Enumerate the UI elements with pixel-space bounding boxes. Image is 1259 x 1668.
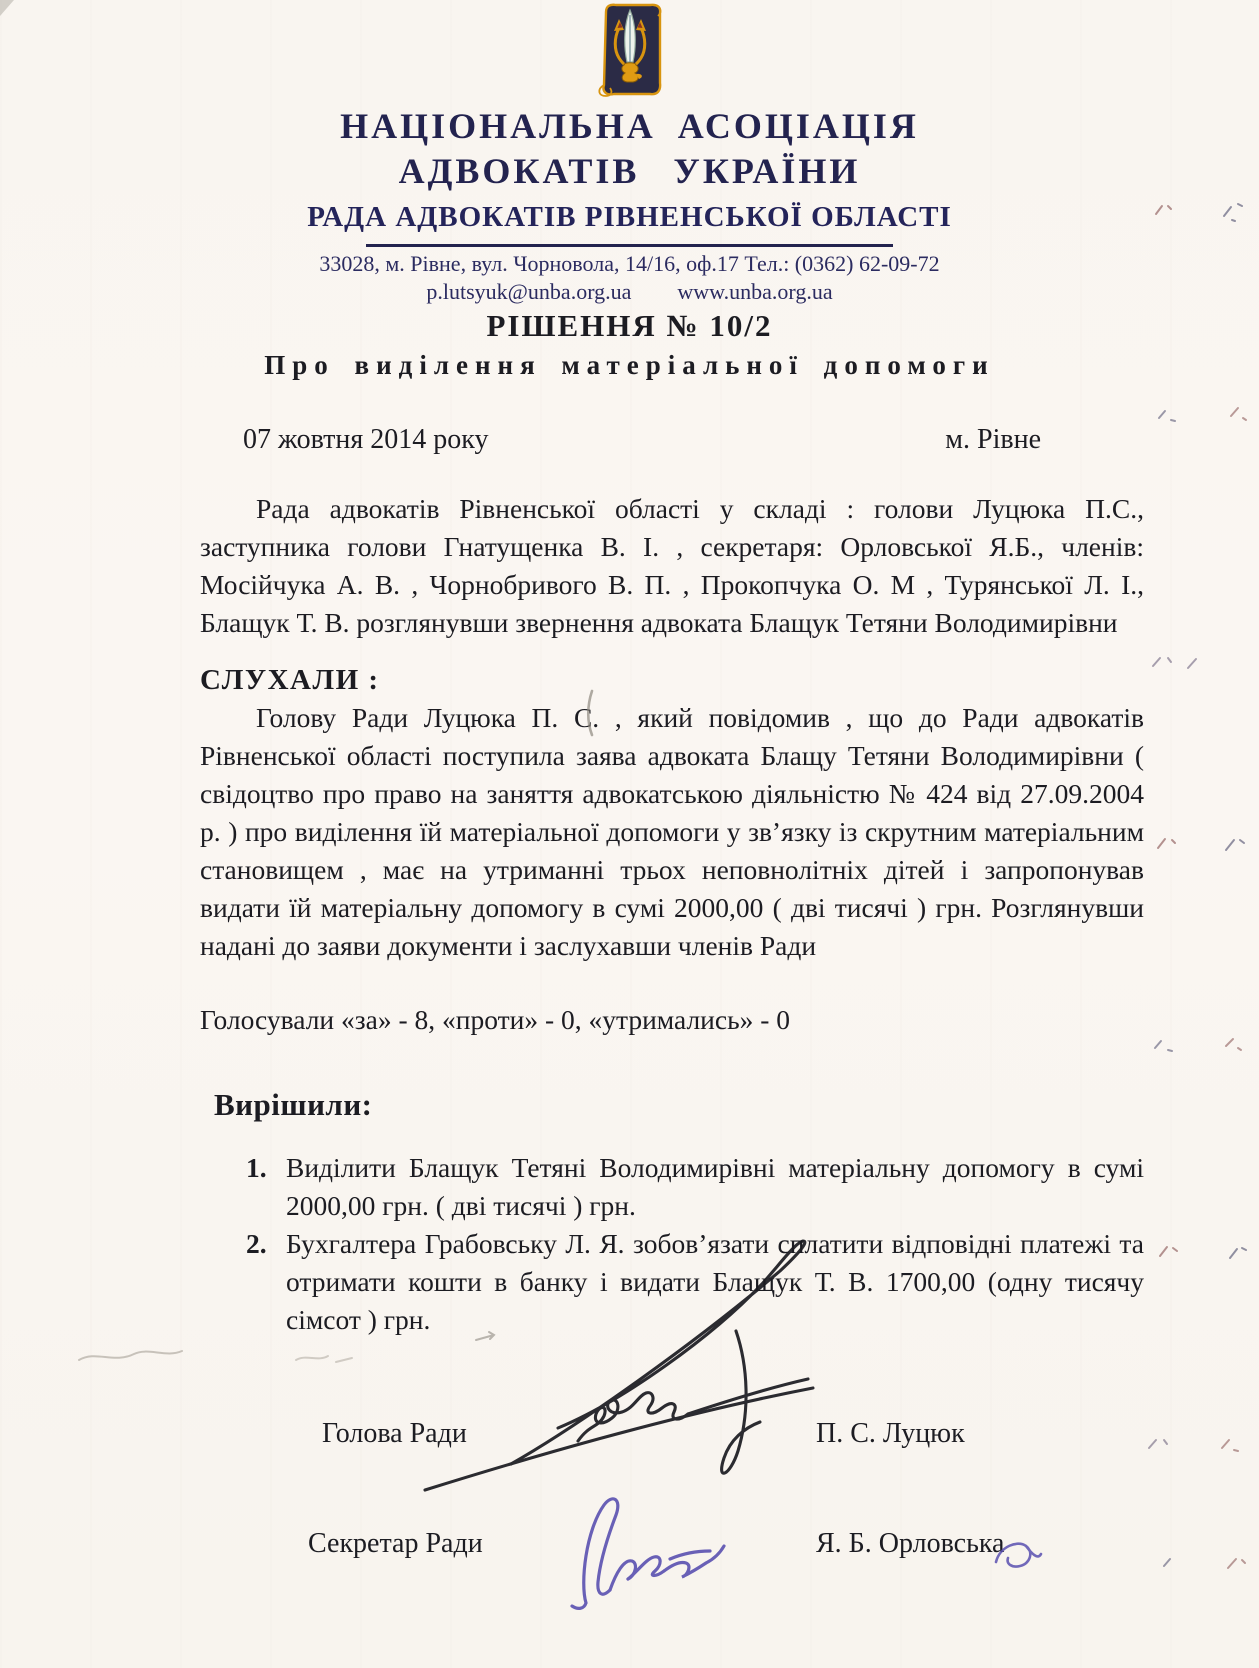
- document-place: м. Рівне: [945, 424, 1041, 456]
- org-name-line2: АДВОКАТІВ УКРАЇНИ: [0, 150, 1259, 192]
- org-name-line1: НАЦІОНАЛЬНА АСОЦІАЦІЯ: [0, 105, 1259, 147]
- scan-speckle: [1155, 398, 1251, 428]
- blue-pen-flourish: [988, 1532, 1044, 1578]
- vote-results-line: Голосували «за» - 8, «проти» - 0, «утрим…: [200, 1001, 1144, 1039]
- scan-speckle: [1144, 1428, 1244, 1458]
- decision-item-number: 1.: [246, 1149, 267, 1187]
- chairman-role-label: Голова Ради: [322, 1418, 467, 1450]
- heard-paragraph: Голову Ради Луцюка П. С. , який повідоми…: [200, 699, 1144, 965]
- title-block: РІШЕННЯ № 10/2 Про виділення матеріально…: [0, 308, 1259, 381]
- address-line: 33028, м. Рівне, вул. Чорновола, 14/16, …: [0, 251, 1259, 277]
- header-divider: [366, 244, 893, 247]
- scan-speckle: [1160, 1548, 1250, 1576]
- intro-paragraph: Рада адвокатів Рівненської області у скл…: [200, 490, 1144, 642]
- secretary-name: Я. Б. Орловська: [816, 1528, 1004, 1560]
- decision-item-number: 2.: [246, 1225, 267, 1263]
- decided-heading: Вирішили:: [214, 1086, 1144, 1124]
- date-place-row: 07 жовтня 2014 року м. Рівне: [243, 424, 1041, 456]
- contact-row: p.lutsyuk@unba.org.ua www.unba.org.ua: [0, 279, 1259, 305]
- scan-speckle: [1156, 1236, 1252, 1266]
- pencil-squiggle-artifact: [76, 1344, 188, 1370]
- unba-scroll-quill-logo: [591, 3, 669, 98]
- scan-speckle: [1154, 828, 1250, 858]
- document-body: Рада адвокатів Рівненської області у скл…: [200, 490, 1144, 1339]
- website-text: www.unba.org.ua: [677, 279, 832, 305]
- black-pen-signature: [418, 1236, 828, 1506]
- letterhead: НАЦІОНАЛЬНА АСОЦІАЦІЯ АДВОКАТІВ УКРАЇНИ …: [0, 0, 1259, 305]
- decision-item: 1. Виділити Блащук Тетяні Володимирівні …: [200, 1149, 1144, 1225]
- chairman-name: П. С. Луцюк: [816, 1418, 965, 1450]
- email-text: p.lutsyuk@unba.org.ua: [426, 279, 631, 305]
- council-name: РАДА АДВОКАТІВ РІВНЕНСЬКОЇ ОБЛАСТІ: [0, 201, 1259, 234]
- secretary-role-label: Секретар Ради: [308, 1528, 483, 1560]
- document-date: 07 жовтня 2014 року: [243, 424, 488, 456]
- scan-speckle: [1148, 648, 1208, 674]
- scan-speckle: [1150, 1030, 1246, 1058]
- decision-number: РІШЕННЯ № 10/2: [0, 308, 1259, 344]
- scanned-document-page: НАЦІОНАЛЬНА АСОЦІАЦІЯ АДВОКАТІВ УКРАЇНИ …: [0, 0, 1259, 1668]
- decision-item-text: Виділити Блащук Тетяні Володимирівні мат…: [286, 1152, 1144, 1221]
- blue-pen-signature: [558, 1488, 733, 1613]
- heard-heading: СЛУХАЛИ :: [200, 661, 1144, 699]
- decision-subject: Про виділення матеріальної допомоги: [0, 350, 1259, 381]
- pencil-dash-artifact: [294, 1350, 356, 1368]
